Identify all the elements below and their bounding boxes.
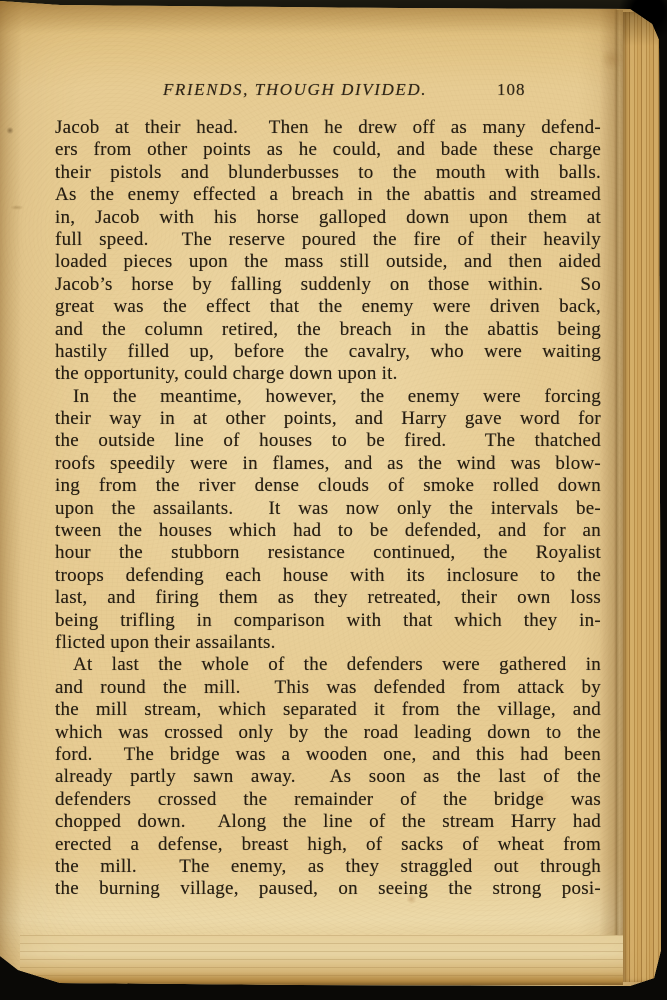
text-line: their way in at other points, and Harry … xyxy=(55,408,601,430)
text-line: full speed. The reserve poured the fire … xyxy=(55,229,601,251)
text-line: roofs speedily were in flames, and as th… xyxy=(55,453,601,475)
text-line: the opportunity, could charge down upon … xyxy=(55,363,601,385)
text-line: upon the assailants. It was now only the… xyxy=(55,498,601,520)
text-line: the burning village, paused, on seeing t… xyxy=(55,878,601,900)
text-line: ford. The bridge was a wooden one, and t… xyxy=(55,744,601,766)
text-line: being trifling in comparison with that w… xyxy=(55,610,601,632)
text-line: In the meantime, however, the enemy were… xyxy=(55,386,601,408)
text-line: ers from other points as he could, and b… xyxy=(55,139,601,161)
text-line: hour the stubborn resistance continued, … xyxy=(55,542,601,564)
text-line: At last the whole of the defenders were … xyxy=(55,654,601,676)
text-line: troops defending each house with its inc… xyxy=(55,565,601,587)
text-line: and round the mill. This was defended fr… xyxy=(55,677,601,699)
text-line: already partly sawn away. As soon as the… xyxy=(55,766,601,788)
book-page: FRIENDS, THOUGH DIVIDED. 108 Jacob at th… xyxy=(0,0,667,1000)
text-line: Jacob at their head. Then he drew off as… xyxy=(55,117,601,139)
paper-stain xyxy=(10,205,24,210)
page-number: 108 xyxy=(497,80,543,100)
text-line: hastily filled up, before the cavalry, w… xyxy=(55,341,601,363)
text-line: loaded pieces upon the mass still outsid… xyxy=(55,251,601,273)
text-line: their pistols and blunderbusses to the m… xyxy=(55,162,601,184)
text-line: erected a defense, breast high, of sacks… xyxy=(55,834,601,856)
text-line: and the column retired, the breach in th… xyxy=(55,319,601,341)
text-line: Jacob’s horse by falling suddenly on tho… xyxy=(55,274,601,296)
text-line: in, Jacob with his horse galloped down u… xyxy=(55,207,601,229)
text-line: defenders crossed the remainder of the b… xyxy=(55,789,601,811)
paper-stain xyxy=(6,127,14,134)
page-edge-crease xyxy=(614,10,623,960)
scan-background: FRIENDS, THOUGH DIVIDED. 108 Jacob at th… xyxy=(0,0,667,1000)
page-edges-bottom xyxy=(20,935,623,985)
text-line: last, and firing them as they retreated,… xyxy=(55,587,601,609)
page-edges-right xyxy=(623,12,661,982)
text-line: chopped down. Along the line of the stre… xyxy=(55,811,601,833)
text-block: Jacob at their head. Then he drew off as… xyxy=(55,117,601,901)
text-line: ing from the river dense clouds of smoke… xyxy=(55,475,601,497)
text-line: the mill. The enemy, as they straggled o… xyxy=(55,856,601,878)
text-line: the mill stream, which separated it from… xyxy=(55,699,601,721)
text-line: which was crossed only by the road leadi… xyxy=(55,722,601,744)
text-line: flicted upon their assailants. xyxy=(55,632,601,654)
running-header: FRIENDS, THOUGH DIVIDED. xyxy=(100,80,490,100)
text-line: the outside line of houses to be fired. … xyxy=(55,430,601,452)
text-line: As the enemy effected a breach in the ab… xyxy=(55,184,601,206)
text-line: great was the effect that the enemy were… xyxy=(55,296,601,318)
text-line: tween the houses which had to be defende… xyxy=(55,520,601,542)
